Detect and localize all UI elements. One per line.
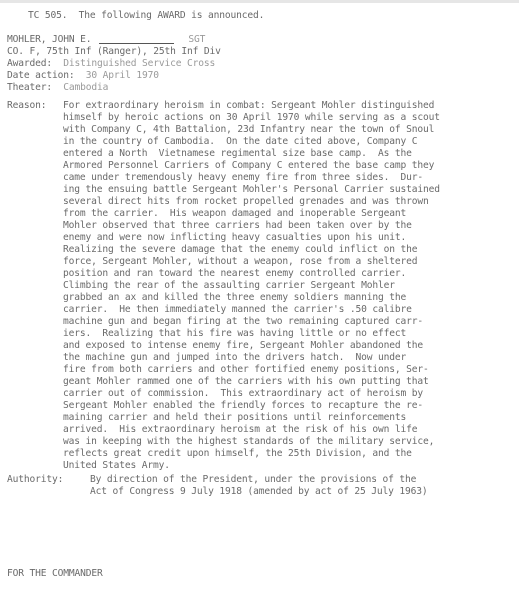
- reason-line: grabbed an ax and killed the three enemy…: [63, 292, 406, 304]
- reason-line: several direct hits from rocket propelle…: [63, 196, 429, 208]
- authority-line: Act of Congress 9 July 1918 (amended by …: [90, 486, 428, 498]
- recipient-line: MOHLER, JOHN E.SGT: [7, 34, 205, 46]
- award-document: TC 505. The following AWARD is announced…: [0, 0, 519, 592]
- reason-line: For extraordinary heroism in combat: Ser…: [63, 100, 434, 112]
- reason-label: Reason:: [7, 100, 46, 112]
- reason-line: arrived. His extraordinary heroism at th…: [63, 424, 417, 436]
- recipient-rank: SGT: [188, 34, 205, 45]
- theater-label: Theater:: [7, 82, 52, 93]
- reason-line: himself by heroic actions on 30 April 19…: [63, 112, 440, 124]
- reason-line: fire from both carriers and other fortif…: [63, 364, 429, 376]
- awarded-value: Distinguished Service Cross: [63, 58, 215, 69]
- reason-line: entered a North Vietnamese regimental si…: [63, 148, 412, 160]
- date-label: Date action:: [7, 70, 75, 81]
- reason-line: position and ran toward the nearest enem…: [63, 268, 406, 280]
- announcement-line: TC 505. The following AWARD is announced…: [28, 10, 264, 22]
- reason-line: force, Sergeant Mohler, without a weapon…: [63, 256, 417, 268]
- reason-line: came under tremendously heavy enemy fire…: [63, 172, 423, 184]
- reason-line: and exposed to intense enemy fire, Serge…: [63, 340, 423, 352]
- signoff-line: FOR THE COMMANDER: [7, 568, 103, 580]
- date-value: 30 April 1970: [86, 70, 159, 81]
- reason-line: enemy and were now inflicting heavy casu…: [63, 232, 406, 244]
- theater-line: Theater: Cambodia: [7, 82, 108, 94]
- awarded-line: Awarded: Distinguished Service Cross: [7, 58, 215, 70]
- reason-line: geant Mohler rammed one of the carriers …: [63, 376, 429, 388]
- theater-value: Cambodia: [63, 82, 108, 93]
- reason-line: Sergeant Mohler enabled the friendly for…: [63, 400, 423, 412]
- recipient-name: MOHLER, JOHN E.: [7, 34, 91, 45]
- reason-line: from the carrier. His weapon damaged and…: [63, 208, 406, 220]
- reason-line: with Company C, 4th Battalion, 23d Infan…: [63, 124, 434, 136]
- recipient-unit: CO. F, 75th Inf (Ranger), 25th Inf Div: [7, 46, 221, 58]
- reason-line: maining carrier and held their positions…: [63, 412, 406, 424]
- reason-line: United States Army.: [63, 460, 170, 472]
- reason-line: in the country of Cambodia. On the date …: [63, 136, 417, 148]
- reason-line: carrier out of commission. This extraord…: [63, 388, 423, 400]
- reason-line: Mohler observed that three carriers had …: [63, 220, 412, 232]
- redacted-service-number: [99, 34, 174, 44]
- awarded-label: Awarded:: [7, 58, 52, 69]
- reason-line: reflects great credit upon himself, the …: [63, 448, 412, 460]
- authority-line: By direction of the President, under the…: [90, 474, 416, 486]
- reason-line: machine gun and began firing at the two …: [63, 316, 423, 328]
- reason-line: the machine gun and jumped into the driv…: [63, 352, 406, 364]
- reason-line: Climbing the rear of the assaulting carr…: [63, 280, 395, 292]
- reason-line: carrier. He then immediately manned the …: [63, 304, 412, 316]
- reason-line: ing the ensuing battle Sergeant Mohler's…: [63, 184, 440, 196]
- reason-line: was in keeping with the highest standard…: [63, 436, 434, 448]
- reason-line: Realizing the severe damage that the ene…: [63, 244, 417, 256]
- reason-line: iers. Realizing that his fire was having…: [63, 328, 406, 340]
- authority-label: Authority:: [7, 474, 63, 486]
- reason-line: Armored Personnel Carriers of Company C …: [63, 160, 434, 172]
- date-line: Date action: 30 April 1970: [7, 70, 159, 82]
